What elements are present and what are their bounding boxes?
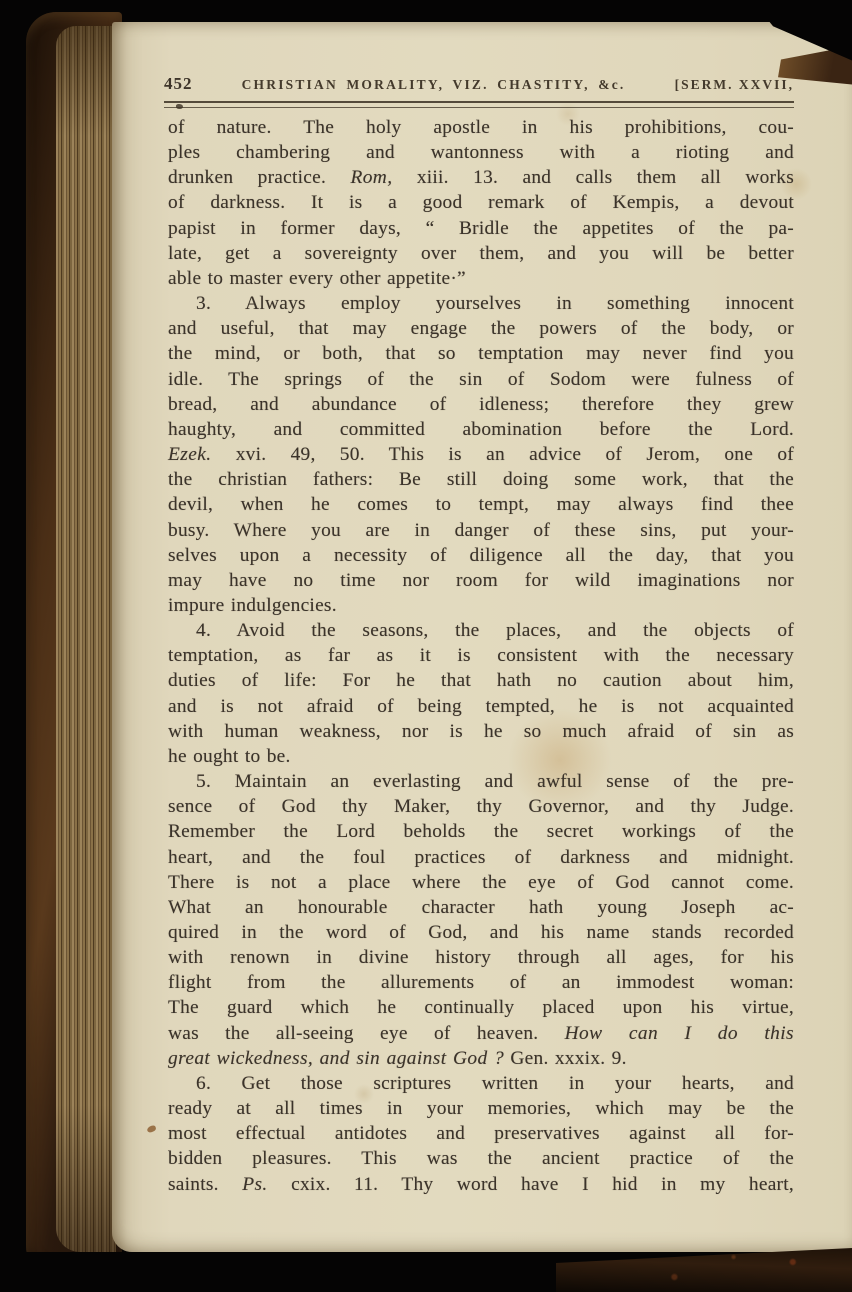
text-line: the mind, or both, that so temptation ma… [168,341,794,366]
page-edges-stack [56,26,116,1252]
text-line: of darkness. It is a good remark of Kemp… [168,190,794,215]
text-line: 6. Get those scriptures written in your … [168,1071,794,1096]
text-segment: impure indulgencies. [168,595,337,616]
text-segment: devil, when he comes to tempt, may alway… [168,494,794,515]
text-segment: bidden pleasures. This was the ancient p… [168,1148,794,1169]
text-segment: with human weakness, nor is he so much a… [168,721,794,742]
text-line: temptation, as far as it is consistent w… [168,643,794,668]
italic-text-segment: Rom, [350,167,392,188]
text-segment: 6. Get those scriptures written in your … [196,1073,794,1094]
text-line: the christian fathers: Be still doing so… [168,467,794,492]
text-line: What an honourable character hath young … [168,895,794,920]
header-rule [164,101,794,108]
text-segment: bread, and abundance of idleness; theref… [168,394,794,415]
text-segment: duties of life: For he that hath no caut… [168,670,794,691]
italic-text-segment: Ezek. [168,444,211,465]
text-segment: may have no time nor room for wild imagi… [168,570,794,591]
text-line: able to master every other appetite·” [168,266,794,291]
text-line: may have no time nor room for wild imagi… [168,568,794,593]
text-segment: xvi. 49, 50. This is an advice of Jerom,… [211,444,794,465]
text-line: papist in former days, “ Bridle the appe… [168,216,794,241]
text-segment: ples chambering and wantonness with a ri… [168,142,794,163]
page-body: of nature. The holy apostle in his prohi… [168,115,794,1197]
text-segment: flight from the allurements of an immode… [168,972,794,993]
text-line: late, get a sovereignty over them, and y… [168,241,794,266]
text-segment: ready at all times in your memories, whi… [168,1098,794,1119]
text-segment: heart, and the foul practices of darknes… [168,847,794,868]
text-segment: he ought to be. [168,746,291,767]
book-page: 452 CHRISTIAN MORALITY, VIZ. CHASTITY, &… [112,22,852,1252]
text-segment: Gen. xxxix. 9. [504,1048,627,1069]
text-line: busy. Where you are in danger of these s… [168,518,794,543]
text-line: There is not a place where the eye of Go… [168,870,794,895]
italic-text-segment: How can I do this [565,1023,794,1044]
text-segment: with renown in divine history through al… [168,947,794,968]
italic-text-segment: Ps. [242,1174,267,1195]
book-photo: 452 CHRISTIAN MORALITY, VIZ. CHASTITY, &… [0,0,852,1292]
text-segment: cxix. 11. Thy word have I hid in my hear… [268,1174,794,1195]
text-segment: 5. Maintain an everlasting and awful sen… [196,771,794,792]
text-line: and useful, that may engage the powers o… [168,316,794,341]
text-line: of nature. The holy apostle in his prohi… [168,115,794,140]
text-segment: able to master every other appetite·” [168,268,466,289]
text-segment: and is not afraid of being tempted, he i… [168,696,794,717]
text-line: haughty, and committed abomination befor… [168,417,794,442]
text-segment: the christian fathers: Be still doing so… [168,469,794,490]
text-line: 5. Maintain an everlasting and awful sen… [168,769,794,794]
text-line: and is not afraid of being tempted, he i… [168,694,794,719]
text-segment: xiii. 13. and calls them all works [392,167,794,188]
text-line: saints. Ps. cxix. 11. Thy word have I hi… [168,1172,794,1197]
text-segment: There is not a place where the eye of Go… [168,872,794,893]
text-line: sence of God thy Maker, thy Governor, an… [168,794,794,819]
text-segment: busy. Where you are in danger of these s… [168,520,794,541]
text-line: 3. Always employ yourselves in something… [168,291,794,316]
text-line: he ought to be. [168,744,794,769]
text-line: ready at all times in your memories, whi… [168,1096,794,1121]
text-segment: Remember the Lord beholds the secret wor… [168,821,794,842]
text-line: bread, and abundance of idleness; theref… [168,392,794,417]
text-segment: idle. The springs of the sin of Sodom we… [168,369,794,390]
text-segment: of nature. The holy apostle in his prohi… [168,117,794,138]
text-segment: 3. Always employ yourselves in something… [196,293,794,314]
text-segment: was the all-seeing eye of heaven. [168,1023,565,1044]
text-segment: quired in the word of God, and his name … [168,922,794,943]
text-segment: temptation, as far as it is consistent w… [168,645,794,666]
text-line: 4. Avoid the seasons, the places, and th… [168,618,794,643]
text-segment: the mind, or both, that so temptation ma… [168,343,794,364]
text-line: great wickedness, and sin against God ? … [168,1046,794,1071]
text-line: drunken practice. Rom, xiii. 13. and cal… [168,165,794,190]
text-line: selves upon a necessity of diligence all… [168,543,794,568]
text-line: was the all-seeing eye of heaven. How ca… [168,1021,794,1046]
text-line: bidden pleasures. This was the ancient p… [168,1146,794,1171]
text-segment: What an honourable character hath young … [168,897,794,918]
text-segment: late, get a sovereignty over them, and y… [168,243,794,264]
running-section-marker: [SERM. XXVII, [675,77,794,93]
text-line: most effectual antidotes and preservativ… [168,1121,794,1146]
italic-text-segment: great wickedness, and sin against God ? [168,1048,504,1069]
text-segment: The guard which he continually placed up… [168,997,794,1018]
text-segment: selves upon a necessity of diligence all… [168,545,794,566]
page-number: 452 [164,74,193,94]
text-segment: and useful, that may engage the powers o… [168,318,794,339]
text-line: devil, when he comes to tempt, may alway… [168,492,794,517]
text-line: heart, and the foul practices of darknes… [168,845,794,870]
text-segment: haughty, and committed abomination befor… [168,419,794,440]
text-line: quired in the word of God, and his name … [168,920,794,945]
text-segment: 4. Avoid the seasons, the places, and th… [196,620,794,641]
text-segment: saints. [168,1174,242,1195]
text-line: idle. The springs of the sin of Sodom we… [168,367,794,392]
text-segment: of darkness. It is a good remark of Kemp… [168,192,794,213]
text-line: The guard which he continually placed up… [168,995,794,1020]
text-line: Remember the Lord beholds the secret wor… [168,819,794,844]
text-line: with renown in divine history through al… [168,945,794,970]
text-line: impure indulgencies. [168,593,794,618]
text-segment: drunken practice. [168,167,350,188]
text-line: with human weakness, nor is he so much a… [168,719,794,744]
running-title: CHRISTIAN MORALITY, VIZ. CHASTITY, &c. [193,77,675,93]
running-head: 452 CHRISTIAN MORALITY, VIZ. CHASTITY, &… [164,74,794,94]
text-line: ples chambering and wantonness with a ri… [168,140,794,165]
text-line: Ezek. xvi. 49, 50. This is an advice of … [168,442,794,467]
text-segment: papist in former days, “ Bridle the appe… [168,218,794,239]
text-line: flight from the allurements of an immode… [168,970,794,995]
text-line: duties of life: For he that hath no caut… [168,668,794,693]
text-segment: most effectual antidotes and preservativ… [168,1123,794,1144]
text-segment: sence of God thy Maker, thy Governor, an… [168,796,794,817]
